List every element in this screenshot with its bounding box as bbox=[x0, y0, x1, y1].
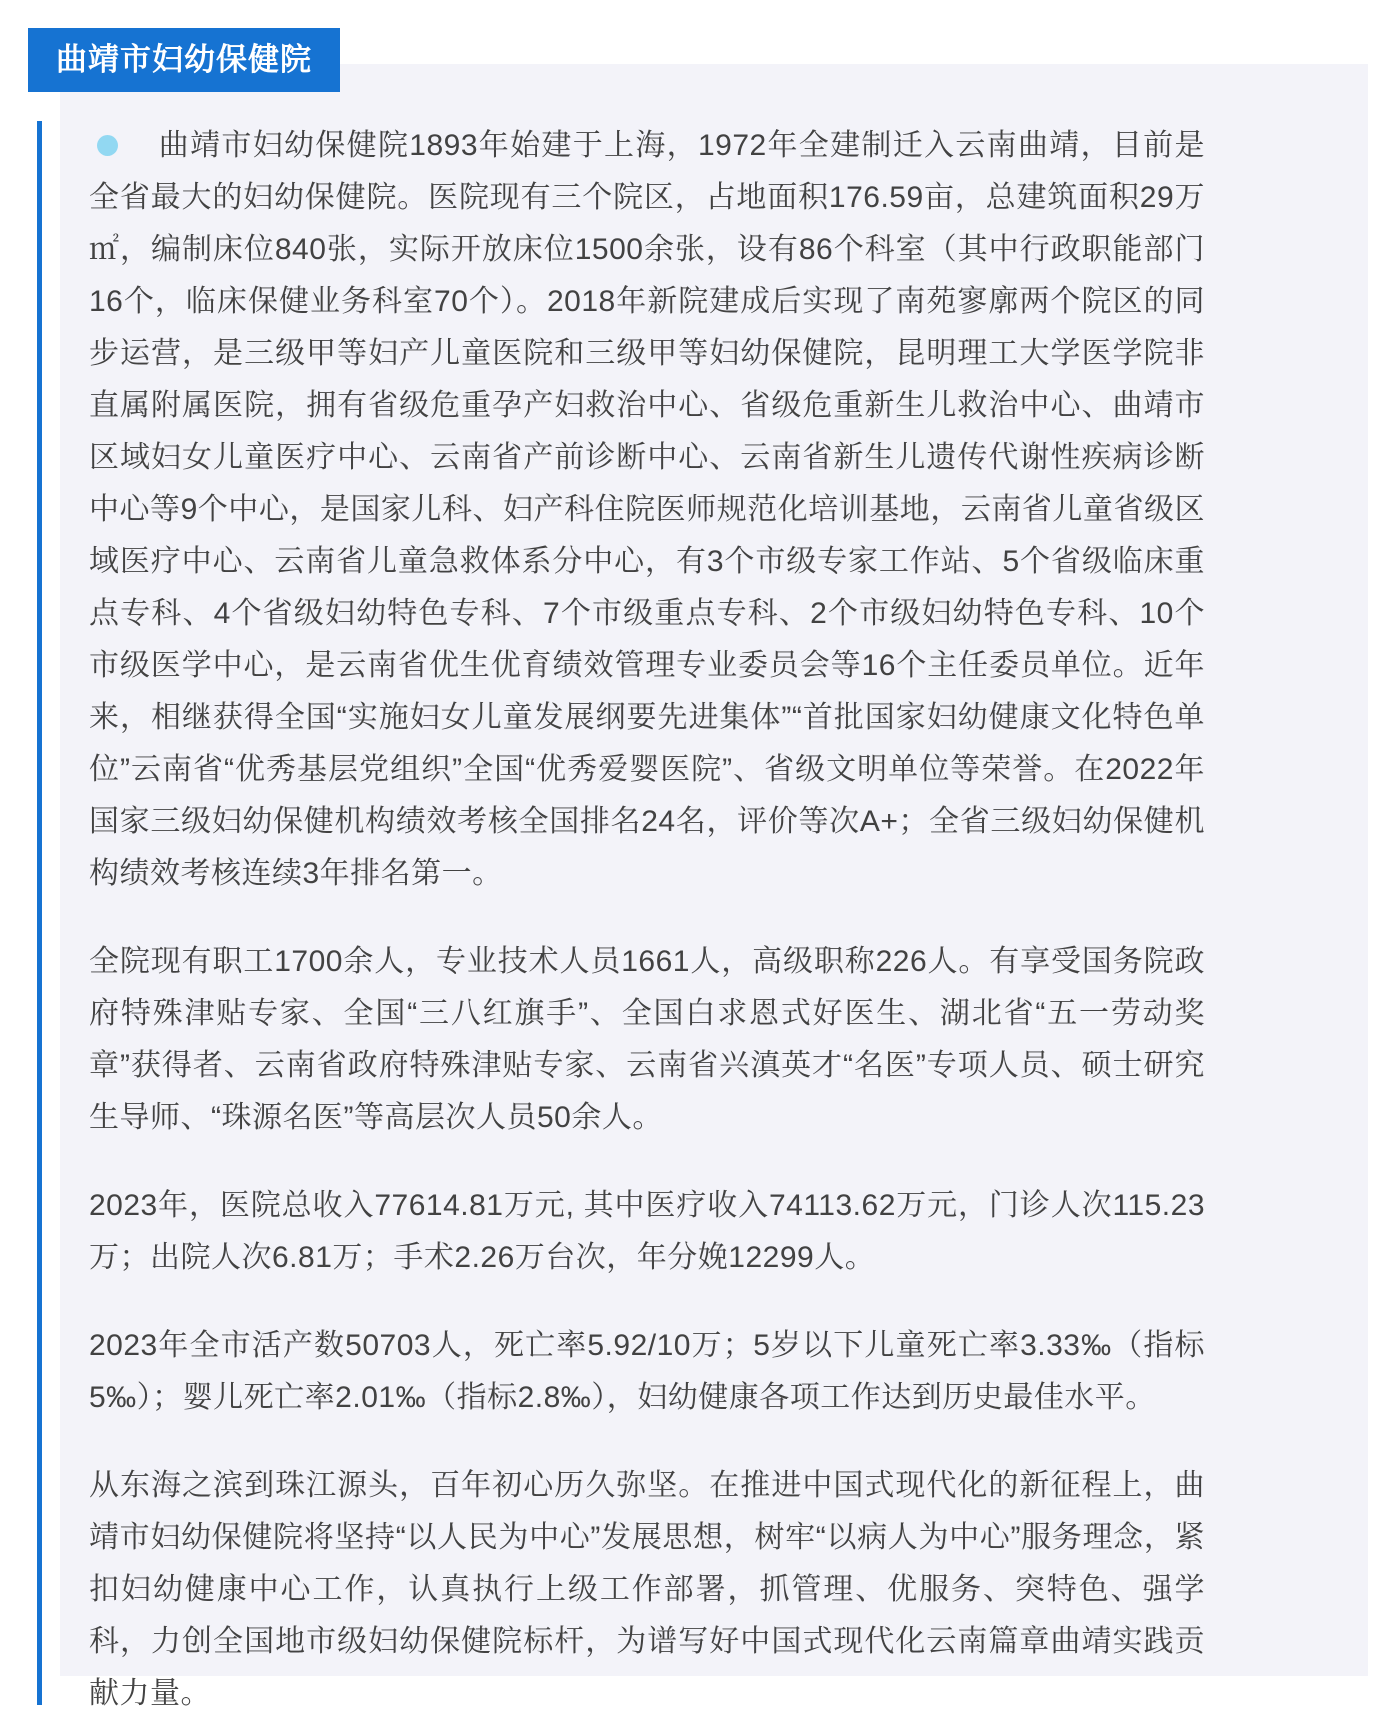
revenue-paragraph: 2023年，医院总收入77614.81万元, 其中医疗收入74113.62万元，… bbox=[89, 1180, 1205, 1284]
article-content: 曲靖市妇幼保健院1893年始建于上海，1972年全建制迁入云南曲靖，目前是全省最… bbox=[60, 64, 1368, 1676]
health-indicators-paragraph: 2023年全市活产数50703人，死亡率5.92/10万；5岁以下儿童死亡率3.… bbox=[89, 1320, 1205, 1424]
intro-paragraph-text: 曲靖市妇幼保健院1893年始建于上海，1972年全建制迁入云南曲靖，目前是全省最… bbox=[89, 129, 1205, 890]
intro-paragraph: 曲靖市妇幼保健院1893年始建于上海，1972年全建制迁入云南曲靖，目前是全省最… bbox=[89, 120, 1205, 900]
bullet-icon bbox=[97, 135, 118, 156]
page-title-badge: 曲靖市妇幼保健院 bbox=[28, 28, 340, 92]
closing-paragraph: 从东海之滨到珠江源头，百年初心历久弥坚。在推进中国式现代化的新征程上，曲靖市妇幼… bbox=[89, 1460, 1205, 1716]
article-page: 曲靖市妇幼保健院 曲靖市妇幼保健院1893年始建于上海，1972年全建制迁入云南… bbox=[0, 0, 1396, 1716]
left-accent-line bbox=[37, 121, 42, 1705]
staff-paragraph: 全院现有职工1700余人，专业技术人员1661人，高级职称226人。有享受国务院… bbox=[89, 936, 1205, 1144]
